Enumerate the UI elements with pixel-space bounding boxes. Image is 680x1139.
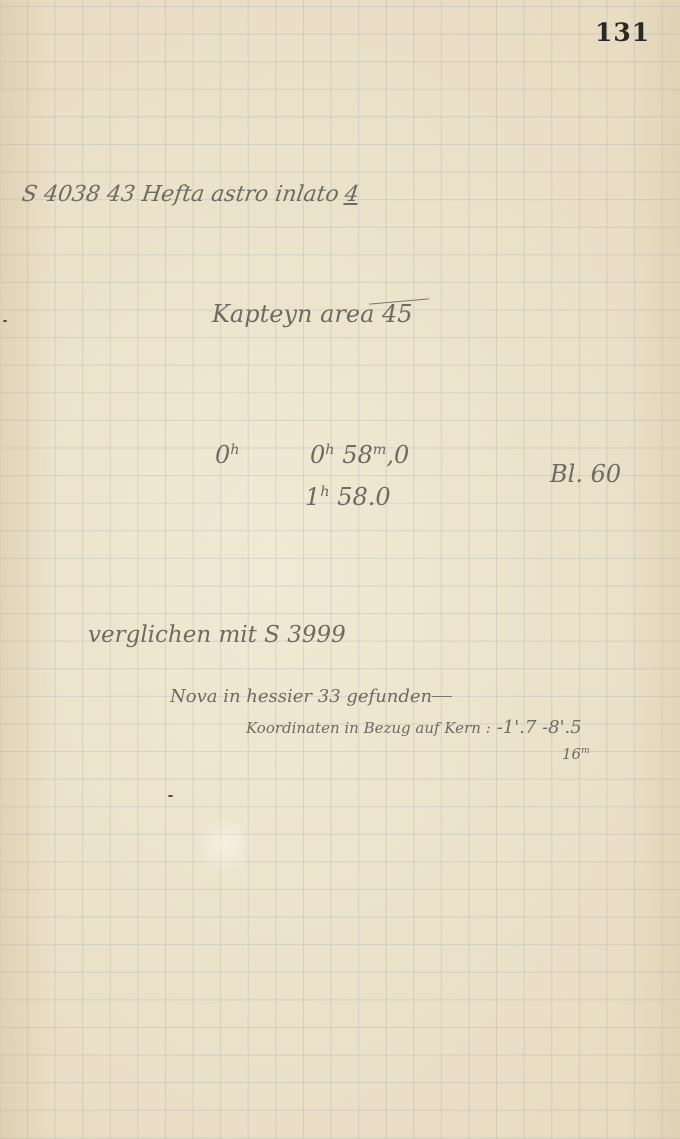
handwritten-ra-line-2: 1h 58.0: [305, 483, 391, 511]
handwritten-coordinates: Koordinaten in Bezug auf Kern :-1'.7 -8'…: [246, 717, 582, 738]
handwritten-zero-hours: 0h: [215, 441, 240, 469]
ink-speck: [3, 320, 7, 322]
handwritten-nova-note: Nova in hessier 33 gefunden: [170, 686, 452, 707]
trailing-stroke: [432, 696, 452, 697]
handwritten-blatt-number: Bl. 60: [550, 460, 621, 488]
handwritten-compared-with: verglichen mit S 3999: [88, 622, 346, 648]
ra1-minutes: 58: [335, 441, 373, 469]
plate-reference-text: S 4038 43 Hefta astro inlato: [20, 182, 340, 207]
zero-h-main: 0: [215, 441, 230, 469]
coordinates-values: -1'.7 -8'.5: [497, 717, 582, 738]
underlined-number: 4: [343, 182, 361, 207]
ra2-hours: 1: [305, 483, 320, 511]
handwritten-magnitude: 16m: [562, 745, 590, 763]
zero-h-sup: h: [230, 442, 239, 458]
ra1-hours: 0: [310, 441, 325, 469]
handwritten-ra-line-1: 0h 58m,0: [310, 441, 409, 469]
coordinates-label: Koordinaten in Bezug auf Kern :: [246, 719, 491, 737]
ra1-hours-unit: h: [325, 442, 334, 458]
ink-speck: [168, 795, 173, 797]
handwritten-kapteyn-area: Kapteyn area 45: [212, 300, 429, 328]
ra2-minutes: 58.0: [330, 483, 391, 511]
handwritten-line-plate-reference: S 4038 43 Hefta astro inlato4: [20, 182, 360, 207]
page-number: 131: [595, 18, 650, 47]
kapteyn-area-text: Kapteyn area 45: [212, 300, 413, 328]
ra1-minutes-unit: m: [373, 442, 387, 458]
notebook-page: 131 S 4038 43 Hefta astro inlato4 Kaptey…: [0, 0, 680, 1139]
magnitude-unit: m: [581, 746, 590, 756]
paper-crease: [195, 815, 255, 875]
ra1-decimal: ,0: [386, 441, 409, 469]
nova-text: Nova in hessier 33 gefunden: [170, 686, 432, 707]
ra2-hours-unit: h: [320, 484, 329, 500]
magnitude-value: 16: [562, 745, 581, 763]
